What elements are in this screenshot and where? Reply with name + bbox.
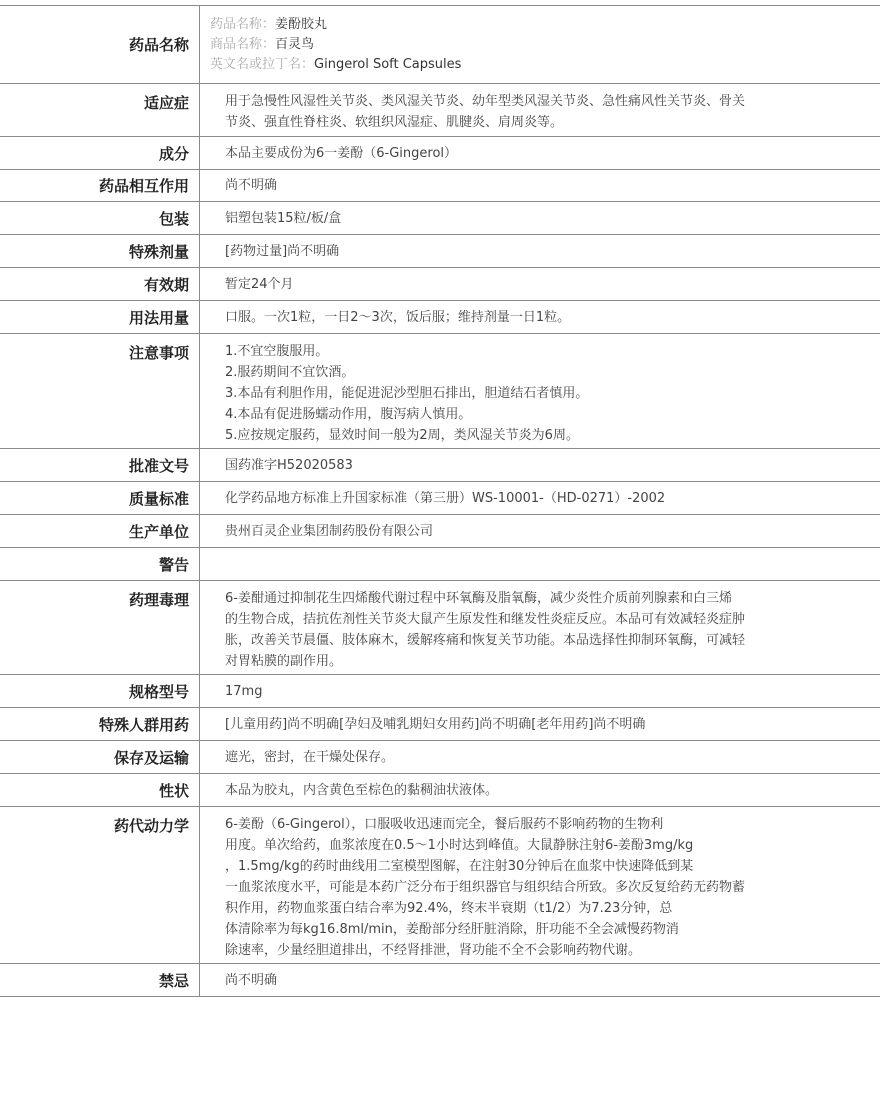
value-line: 尚不明确 bbox=[225, 970, 277, 991]
value-line: 一血浆浓度水平，可能是本药广泛分布于组织器官与组织结合所致。多次反复给药无药物蓄 bbox=[225, 877, 870, 898]
value-line: 6-姜酚（6-Gingerol），口服吸收迅速而完全，餐后服药不影响药物的生物利 bbox=[225, 814, 870, 835]
row-value: 贵州百灵企业集团制药股份有限公司 bbox=[200, 515, 880, 547]
value-line: 6-姜酣通过抑制花生四烯酸代谢过程中环氧酶及脂氧酶，减少炎性介质前列腺素和白三烯 bbox=[225, 588, 870, 609]
table-row: 药代动力学6-姜酚（6-Gingerol），口服吸收迅速而完全，餐后服药不影响药… bbox=[0, 807, 880, 964]
value-line: 体清除率为每kg16.8ml/min，姜酚部分经肝脏消除，肝功能不全会减慢药物消 bbox=[225, 919, 870, 940]
row-label: 警告 bbox=[0, 548, 200, 580]
row-value: 口服。一次1粒，一日2～3次，饭后服；维持剂量一日1粒。 bbox=[200, 301, 880, 333]
generic-name-value: 姜酚胶丸 bbox=[275, 17, 327, 32]
row-label: 药品名称 bbox=[0, 6, 200, 83]
row-value: 6-姜酣通过抑制花生四烯酸代谢过程中环氧酶及脂氧酶，减少炎性介质前列腺素和白三烯… bbox=[200, 581, 880, 674]
value-line: 1.不宜空腹服用。 bbox=[225, 341, 870, 362]
row-value: 本品为胶丸，内含黄色至棕色的黏稠油状液体。 bbox=[200, 774, 880, 806]
value-line: 17mg bbox=[225, 681, 262, 702]
row-value: [儿童用药]尚不明确[孕妇及哺乳期妇女用药]尚不明确[老年用药]尚不明确 bbox=[200, 708, 880, 740]
value-line: 本品主要成份为6一姜酚（6-Gingerol） bbox=[225, 143, 457, 164]
value-line: 的生物合成，拮抗佐剂性关节炎大鼠产生原发性和继发性炎症反应。本品可有效减轻炎症肿 bbox=[225, 609, 870, 630]
table-row: 适应症用于急慢性风湿性关节炎、类风湿关节炎、幼年型类风湿关节炎、急性痛风性关节炎… bbox=[0, 84, 880, 137]
table-row: 质量标准化学药品地方标准上升国家标准（第三册）WS-10001-（HD-0271… bbox=[0, 482, 880, 515]
row-label: 质量标准 bbox=[0, 482, 200, 514]
row-value: 1.不宜空腹服用。2.服药期间不宜饮酒。3.本品有利胆作用，能促进泥沙型胆石排出… bbox=[200, 334, 880, 448]
row-value: 17mg bbox=[200, 675, 880, 707]
row-value: 国药准字H52020583 bbox=[200, 449, 880, 481]
value-line: 4.本品有促进肠蠕动作用，腹泻病人慎用。 bbox=[225, 404, 870, 425]
table-row: 包装铝塑包装15粒/板/盒 bbox=[0, 202, 880, 235]
row-label: 批准文号 bbox=[0, 449, 200, 481]
table-row: 成分本品主要成份为6一姜酚（6-Gingerol） bbox=[0, 137, 880, 170]
value-line: 国药准字H52020583 bbox=[225, 455, 353, 476]
table-row: 批准文号国药准字H52020583 bbox=[0, 449, 880, 482]
table-row: 禁忌尚不明确 bbox=[0, 964, 880, 997]
table-row: 警告 bbox=[0, 548, 880, 581]
value-line: [药物过量]尚不明确 bbox=[225, 241, 339, 262]
row-value: 铝塑包装15粒/板/盒 bbox=[200, 202, 880, 234]
table-row: 药理毒理6-姜酣通过抑制花生四烯酸代谢过程中环氧酶及脂氧酶，减少炎性介质前列腺素… bbox=[0, 581, 880, 675]
row-label: 适应症 bbox=[0, 84, 200, 136]
value-line: 5.应按规定服药，显效时间一般为2周，类风湿关节炎为6周。 bbox=[225, 425, 870, 446]
row-label: 性状 bbox=[0, 774, 200, 806]
row-value bbox=[200, 548, 880, 580]
row-label: 药代动力学 bbox=[0, 807, 200, 963]
value-line: 尚不明确 bbox=[225, 175, 277, 196]
row-value: 尚不明确 bbox=[200, 170, 880, 201]
value-line: 铝塑包装15粒/板/盒 bbox=[225, 208, 341, 229]
table-row: 规格型号17mg bbox=[0, 675, 880, 708]
value-line: 用度。单次给药，血浆浓度在0.5～1小时达到峰值。大鼠静脉注射6-姜酚3mg/k… bbox=[225, 835, 870, 856]
row-value: 化学药品地方标准上升国家标准（第三册）WS-10001-（HD-0271）-20… bbox=[200, 482, 880, 514]
value-line: ，1.5mg/kg的药时曲线用二室模型图解，在注射30分钟后在血浆中快速降低到某 bbox=[225, 856, 870, 877]
generic-name-key: 药品名称： bbox=[210, 17, 275, 32]
row-value: 本品主要成份为6一姜酚（6-Gingerol） bbox=[200, 137, 880, 169]
english-name-value: Gingerol Soft Capsules bbox=[314, 57, 461, 72]
drug-info-table: 药品名称 药品名称：姜酚胶丸 商品名称：百灵鸟 英文名或拉丁名：Gingerol… bbox=[0, 5, 880, 997]
value-line: [儿童用药]尚不明确[孕妇及哺乳期妇女用药]尚不明确[老年用药]尚不明确 bbox=[225, 714, 645, 735]
row-label: 包装 bbox=[0, 202, 200, 234]
row-label: 药品相互作用 bbox=[0, 170, 200, 201]
value-line: 遮光，密封，在干燥处保存。 bbox=[225, 747, 394, 768]
table-row: 性状本品为胶丸，内含黄色至棕色的黏稠油状液体。 bbox=[0, 774, 880, 807]
table-row: 用法用量口服。一次1粒，一日2～3次，饭后服；维持剂量一日1粒。 bbox=[0, 301, 880, 334]
row-label: 成分 bbox=[0, 137, 200, 169]
value-line: 2.服药期间不宜饮酒。 bbox=[225, 362, 870, 383]
row-label: 特殊人群用药 bbox=[0, 708, 200, 740]
value-line: 节炎、强直性脊柱炎、软组织风湿症、肌腱炎、肩周炎等。 bbox=[225, 112, 870, 133]
table-row: 保存及运输遮光，密封，在干燥处保存。 bbox=[0, 741, 880, 774]
value-line: 化学药品地方标准上升国家标准（第三册）WS-10001-（HD-0271）-20… bbox=[225, 488, 665, 509]
row-value: 遮光，密封，在干燥处保存。 bbox=[200, 741, 880, 773]
row-value: [药物过量]尚不明确 bbox=[200, 235, 880, 267]
row-label: 生产单位 bbox=[0, 515, 200, 547]
row-value: 6-姜酚（6-Gingerol），口服吸收迅速而完全，餐后服药不影响药物的生物利… bbox=[200, 807, 880, 963]
row-label: 规格型号 bbox=[0, 675, 200, 707]
table-row: 特殊人群用药[儿童用药]尚不明确[孕妇及哺乳期妇女用药]尚不明确[老年用药]尚不… bbox=[0, 708, 880, 741]
row-drug-name: 药品名称 药品名称：姜酚胶丸 商品名称：百灵鸟 英文名或拉丁名：Gingerol… bbox=[0, 6, 880, 84]
value-line: 暂定24个月 bbox=[225, 274, 294, 295]
english-name-key: 英文名或拉丁名： bbox=[210, 57, 314, 72]
value-line: 贵州百灵企业集团制药股份有限公司 bbox=[225, 521, 433, 542]
row-value: 尚不明确 bbox=[200, 964, 880, 996]
value-line: 积作用，药物血浆蛋白结合率为92.4%，终末半衰期（t1/2）为7.23分钟，总 bbox=[225, 898, 870, 919]
value-line: 3.本品有利胆作用，能促进泥沙型胆石排出，胆道结石者慎用。 bbox=[225, 383, 870, 404]
value-line: 口服。一次1粒，一日2～3次，饭后服；维持剂量一日1粒。 bbox=[225, 307, 570, 328]
row-label: 注意事项 bbox=[0, 334, 200, 448]
row-label: 用法用量 bbox=[0, 301, 200, 333]
table-row: 特殊剂量[药物过量]尚不明确 bbox=[0, 235, 880, 268]
value-line: 胀，改善关节晨僵、肢体麻木，缓解疼痛和恢复关节功能。本品选择性抑制环氧酶，可减轻 bbox=[225, 630, 870, 651]
row-label: 特殊剂量 bbox=[0, 235, 200, 267]
value-line: 本品为胶丸，内含黄色至棕色的黏稠油状液体。 bbox=[225, 780, 498, 801]
value-line: 用于急慢性风湿性关节炎、类风湿关节炎、幼年型类风湿关节炎、急性痛风性关节炎、骨关 bbox=[225, 91, 870, 112]
value-line: 除速率，少量经胆道排出，不经肾排泄，肾功能不全不会影响药物代谢。 bbox=[225, 940, 870, 961]
row-value: 药品名称：姜酚胶丸 商品名称：百灵鸟 英文名或拉丁名：Gingerol Soft… bbox=[200, 6, 880, 83]
table-row: 注意事项1.不宜空腹服用。2.服药期间不宜饮酒。3.本品有利胆作用，能促进泥沙型… bbox=[0, 334, 880, 449]
row-value: 用于急慢性风湿性关节炎、类风湿关节炎、幼年型类风湿关节炎、急性痛风性关节炎、骨关… bbox=[200, 84, 880, 136]
table-row: 有效期暂定24个月 bbox=[0, 268, 880, 301]
row-label: 禁忌 bbox=[0, 964, 200, 996]
row-label: 有效期 bbox=[0, 268, 200, 300]
row-value: 暂定24个月 bbox=[200, 268, 880, 300]
trade-name-key: 商品名称： bbox=[210, 37, 275, 52]
table-row: 药品相互作用尚不明确 bbox=[0, 170, 880, 202]
trade-name-value: 百灵鸟 bbox=[275, 37, 314, 52]
row-label: 药理毒理 bbox=[0, 581, 200, 674]
table-row: 生产单位贵州百灵企业集团制药股份有限公司 bbox=[0, 515, 880, 548]
row-label: 保存及运输 bbox=[0, 741, 200, 773]
value-line: 对胃粘膜的副作用。 bbox=[225, 651, 870, 672]
